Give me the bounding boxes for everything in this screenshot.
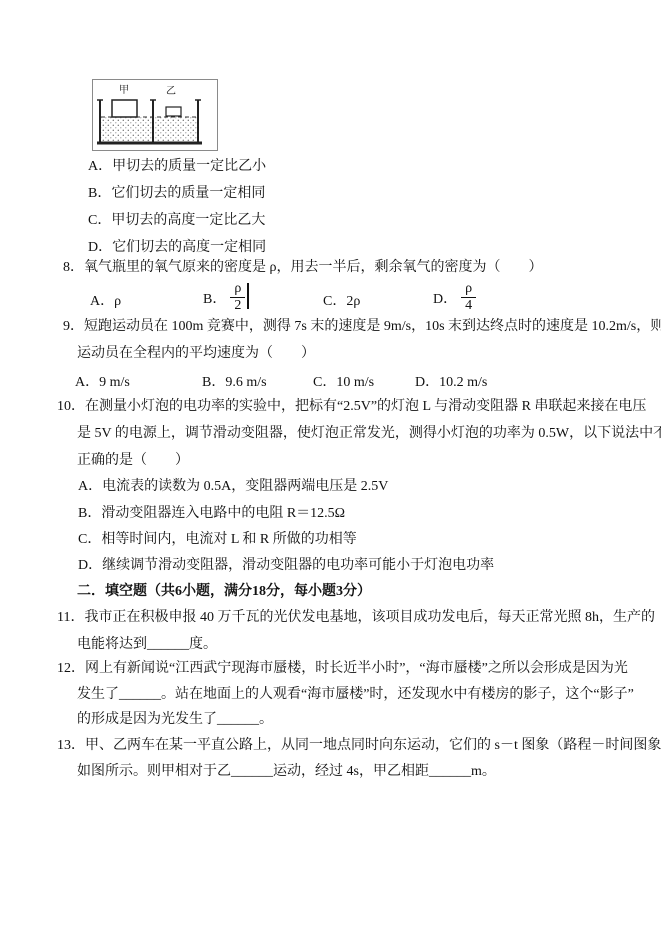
- q12-line2: 发生了______。站在地面上的人观看“海市蜃楼”时，还发现水中有楼房的影子，这…: [77, 686, 634, 704]
- q13-line1: 13．甲、乙两车在某一平直公路上，从同一地点同时向东运动，它们的 s－t 图象（…: [57, 737, 661, 755]
- q10-option-a: A．电流表的读数为 0.5A，变阻器两端电压是 2.5V: [78, 478, 388, 496]
- q8-option-c-label: C．: [323, 294, 346, 309]
- fraction-denominator: 4: [465, 298, 472, 313]
- q7-option-d: D．它们切去的高度一定相同: [88, 239, 266, 257]
- q7-option-c: C．甲切去的高度一定比乙大: [88, 212, 265, 230]
- q8-option-d-label: D．: [433, 288, 457, 308]
- q10-stem-line1: 10．在测量小灯泡的电功率的实验中，把标有“2.5V”的灯泡 L 与滑动变阻器 …: [57, 398, 646, 416]
- fraction-denominator: 2: [234, 298, 241, 313]
- block-yi: [166, 107, 181, 116]
- block-yi-label: 乙: [166, 85, 176, 97]
- text-cursor-artifact: [247, 283, 249, 309]
- q9-option-d: D．10.2 m/s: [415, 371, 487, 391]
- q9-stem-line2: 运动员在全程内的平均速度为（ ）: [77, 345, 315, 363]
- q8-option-b-fraction: ρ 2: [230, 282, 245, 313]
- q10-stem-line2: 是 5V 的电源上，调节滑动变阻器，使灯泡正常发光，测得小灯泡的功率为 0.5W…: [77, 425, 661, 443]
- fraction-numerator: ρ: [461, 282, 476, 298]
- q8-option-a: A．ρ: [90, 290, 121, 310]
- q8-option-b: B． ρ 2: [203, 282, 245, 313]
- water-left: [101, 117, 152, 142]
- q10-option-c: C．相等时间内，电流对 L 和 R 所做的功相等: [78, 531, 357, 549]
- q8-option-a-value: ρ: [114, 294, 121, 309]
- block-jia: [112, 100, 137, 117]
- block-jia-label: 甲: [119, 84, 129, 96]
- q12-line1: 12．网上有新闻说“江西武宁现海市蜃楼，时长近半小时”，“海市蜃楼”之所以会形成…: [57, 660, 628, 678]
- q8-option-c: C．2ρ: [323, 290, 360, 310]
- q8-option-d: D． ρ 4: [433, 282, 476, 313]
- q9-option-a: A．9 m/s: [75, 371, 130, 391]
- q8-option-d-fraction: ρ 4: [461, 282, 476, 313]
- q9-option-b: B．9.6 m/s: [202, 371, 267, 391]
- floating-blocks-figure: 甲 乙: [92, 79, 218, 151]
- q9-stem-line1: 9．短跑运动员在 100m 竞赛中，测得 7s 末的速度是 9m/s，10s 末…: [63, 318, 661, 336]
- q11-line2: 电能将达到______度。: [77, 636, 217, 654]
- q8-option-c-value: 2ρ: [346, 294, 360, 309]
- q7-option-b: B．它们切去的质量一定相同: [88, 185, 265, 203]
- q10-stem-line3: 正确的是（ ）: [77, 452, 189, 470]
- q7-option-a: A．甲切去的质量一定比乙小: [88, 158, 266, 176]
- fraction-numerator: ρ: [230, 282, 245, 298]
- q10-option-d: D．继续调节滑动变阻器，滑动变阻器的电功率可能小于灯泡电功率: [78, 557, 494, 575]
- q10-option-b: B．滑动变阻器连入电路中的电阻 R＝12.5Ω: [78, 505, 345, 523]
- q9-option-c: C．10 m/s: [313, 371, 374, 391]
- q12-line3: 的形成是因为光发生了______。: [77, 711, 273, 729]
- q8-option-b-label: B．: [203, 288, 226, 308]
- water-right: [155, 117, 198, 142]
- exam-page: 甲 乙 A．甲切去的质量一定比乙小 B．它们切去的质量一定相同 C．甲切去的高度…: [0, 0, 661, 935]
- q13-line2: 如图所示。则甲相对于乙______运动，经过 4s，甲乙相距______m。: [77, 763, 496, 781]
- q8-option-a-label: A．: [90, 294, 114, 309]
- q11-line1: 11．我市正在积极申报 40 万千瓦的光伏发电基地，该项目成功发电后，每天正常光…: [57, 609, 655, 627]
- q8-stem: 8．氧气瓶里的氧气原来的密度是 ρ，用去一半后，剩余氧气的密度为（ ）: [63, 259, 542, 277]
- section-2-heading: 二．填空题（共6小题，满分18分，每小题3分）: [77, 583, 371, 601]
